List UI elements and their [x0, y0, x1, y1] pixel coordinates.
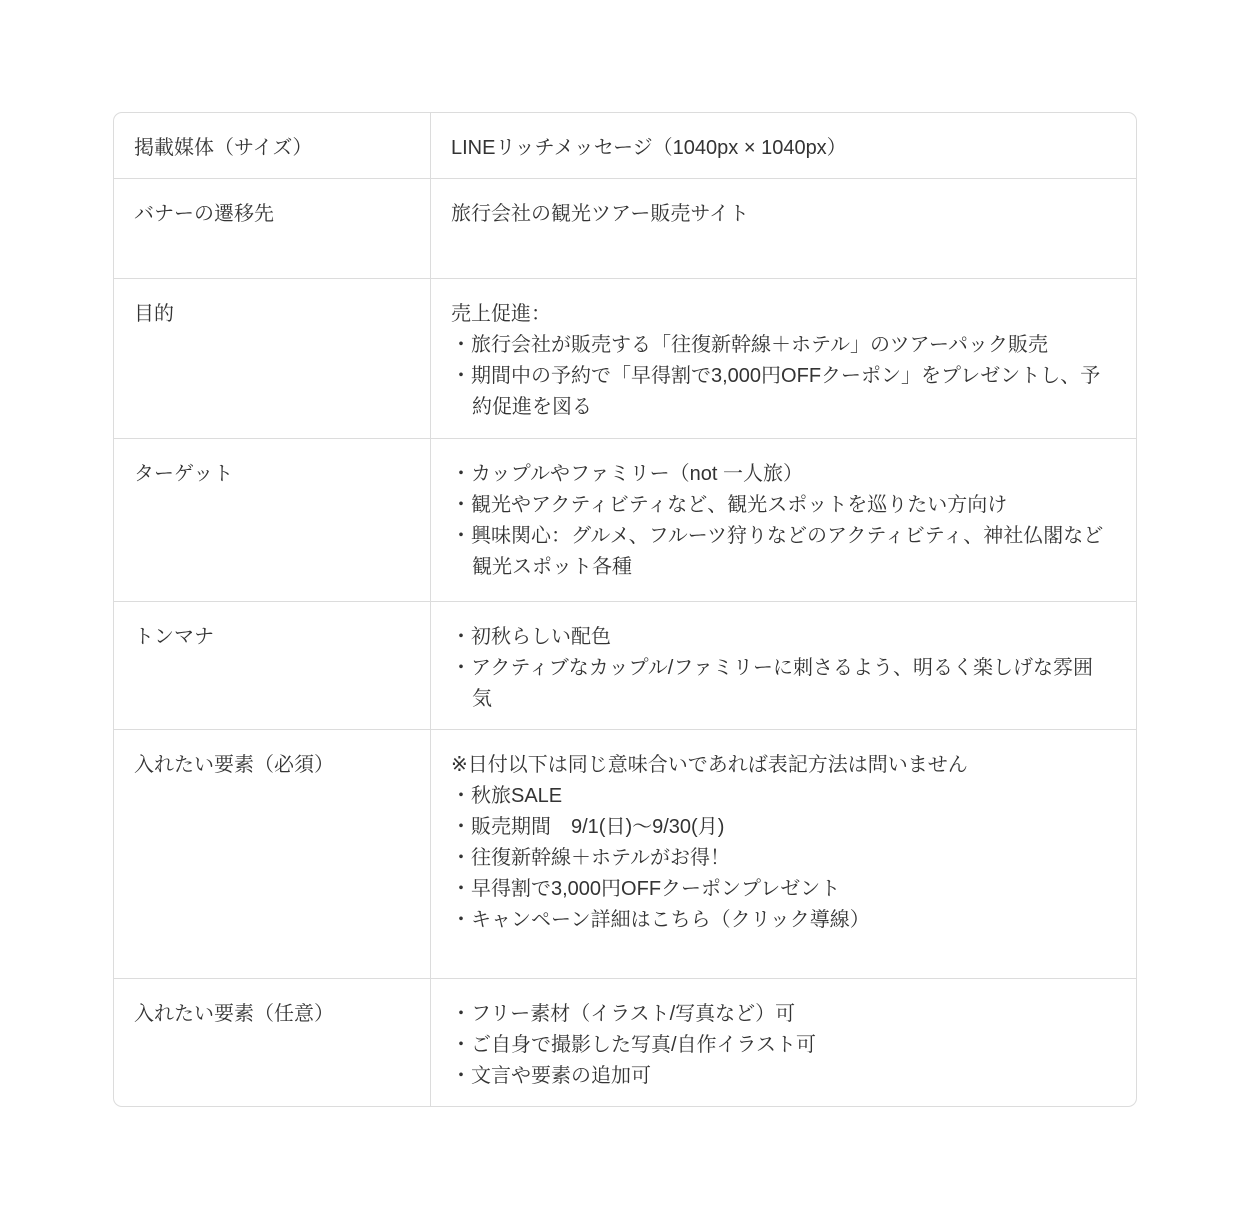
row-label-purpose: 目的 — [114, 279, 431, 438]
row-value-target: ・カップルやファミリー（not 一人旅） ・観光やアクティビティなど、観光スポッ… — [431, 439, 1136, 601]
value-line: ・アクティブなカップル/ファミリーに刺さるよう、明るく楽しげな雰囲気 — [451, 653, 1112, 715]
value-line: LINEリッチメッセージ（1040px × 1040px） — [451, 133, 1112, 164]
value-line: ・観光やアクティビティなど、観光スポットを巡りたい方向け — [451, 490, 1112, 521]
value-line: ・初秋らしい配色 — [451, 622, 1112, 653]
row-value-media-size: LINEリッチメッセージ（1040px × 1040px） — [431, 113, 1136, 178]
row-label-target: ターゲット — [114, 439, 431, 601]
value-line: 売上促進： — [451, 299, 1112, 330]
page: 掲載媒体（サイズ） LINEリッチメッセージ（1040px × 1040px） … — [0, 0, 1250, 1215]
value-line: ・旅行会社が販売する「往復新幹線＋ホテル」のツアーパック販売 — [451, 330, 1112, 361]
value-line: 旅行会社の観光ツアー販売サイト — [451, 199, 1112, 230]
row-label-tone-manner: トンマナ — [114, 602, 431, 729]
row-value-purpose: 売上促進： ・旅行会社が販売する「往復新幹線＋ホテル」のツアーパック販売 ・期間… — [431, 279, 1136, 438]
value-line: ・文言や要素の追加可 — [451, 1061, 1112, 1092]
value-line: ・早得割で3,000円OFFクーポンプレゼント — [451, 874, 1112, 905]
table-row: ターゲット ・カップルやファミリー（not 一人旅） ・観光やアクティビティなど… — [114, 438, 1136, 601]
table-row: 入れたい要素（必須） ※日付以下は同じ意味合いであれば表記方法は問いません ・秋… — [114, 729, 1136, 978]
value-line: ・ご自身で撮影した写真/自作イラスト可 — [451, 1030, 1112, 1061]
table-row: 掲載媒体（サイズ） LINEリッチメッセージ（1040px × 1040px） — [114, 113, 1136, 178]
value-line: ・秋旅SALE — [451, 781, 1112, 812]
row-label-optional-elements: 入れたい要素（任意） — [114, 979, 431, 1106]
value-line: ・キャンペーン詳細はこちら（クリック導線） — [451, 905, 1112, 936]
row-value-banner-destination: 旅行会社の観光ツアー販売サイト — [431, 179, 1136, 278]
value-line: ・往復新幹線＋ホテルがお得！ — [451, 843, 1112, 874]
row-label-media-size: 掲載媒体（サイズ） — [114, 113, 431, 178]
table-row: 入れたい要素（任意） ・フリー素材（イラスト/写真など）可 ・ご自身で撮影した写… — [114, 978, 1136, 1106]
row-value-tone-manner: ・初秋らしい配色 ・アクティブなカップル/ファミリーに刺さるよう、明るく楽しげな… — [431, 602, 1136, 729]
row-label-banner-destination: バナーの遷移先 — [114, 179, 431, 278]
row-label-required-elements: 入れたい要素（必須） — [114, 730, 431, 978]
value-line: ・カップルやファミリー（not 一人旅） — [451, 459, 1112, 490]
value-line: ・期間中の予約で「早得割で3,000円OFFクーポン」をプレゼントし、予約促進を… — [451, 361, 1112, 423]
value-line: ・販売期間 9/1(日)〜9/30(月) — [451, 812, 1112, 843]
row-value-required-elements: ※日付以下は同じ意味合いであれば表記方法は問いません ・秋旅SALE ・販売期間… — [431, 730, 1136, 978]
value-line: ※日付以下は同じ意味合いであれば表記方法は問いません — [451, 750, 1112, 781]
value-line: ・興味関心：グルメ、フルーツ狩りなどのアクティビティ、神社仏閣など観光スポット各… — [451, 521, 1112, 583]
table-row: トンマナ ・初秋らしい配色 ・アクティブなカップル/ファミリーに刺さるよう、明る… — [114, 601, 1136, 729]
value-line: ・フリー素材（イラスト/写真など）可 — [451, 999, 1112, 1030]
design-brief-table: 掲載媒体（サイズ） LINEリッチメッセージ（1040px × 1040px） … — [113, 112, 1137, 1107]
table-row: バナーの遷移先 旅行会社の観光ツアー販売サイト — [114, 178, 1136, 278]
table-row: 目的 売上促進： ・旅行会社が販売する「往復新幹線＋ホテル」のツアーパック販売 … — [114, 278, 1136, 438]
row-value-optional-elements: ・フリー素材（イラスト/写真など）可 ・ご自身で撮影した写真/自作イラスト可 ・… — [431, 979, 1136, 1106]
